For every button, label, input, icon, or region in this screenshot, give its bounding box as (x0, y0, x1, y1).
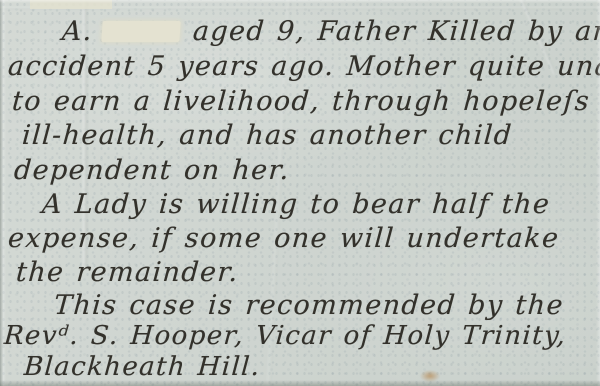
line-1-suffix: aged 9, Father Killed by an (192, 16, 600, 47)
handwriting-line-2: accident 5 years ago. Mother quite unabl… (7, 52, 600, 82)
redacted-name-patch (101, 21, 180, 42)
handwriting-line-7: expense, if some one will undertake (7, 224, 560, 254)
handwriting-line-1: A.aged 9, Father Killed by an (61, 17, 600, 47)
handwriting-line-11: Blackheath Hill. (23, 352, 262, 382)
handwriting-line-10: Revᵈ. S. Hooper, Vicar of Holy Trinity, (3, 321, 567, 351)
line-1-prefix: A. (61, 16, 94, 47)
handwriting-line-3: to earn a livelihood, through hopeleſs (11, 87, 591, 117)
handwriting-line-4: ill-health, and has another child (21, 121, 514, 151)
rust-stain-mark (420, 370, 440, 382)
handwriting-line-8: the remainder. (15, 258, 240, 288)
scanned-note-paper: A.aged 9, Father Killed by an accident 5… (0, 0, 600, 386)
erased-patch-top-edge (30, 0, 112, 9)
handwriting-line-9: This case is recommended by the (53, 291, 565, 321)
handwriting-line-6: A Lady is willing to bear half the (41, 190, 551, 220)
handwriting-line-5: dependent on her. (13, 156, 291, 186)
